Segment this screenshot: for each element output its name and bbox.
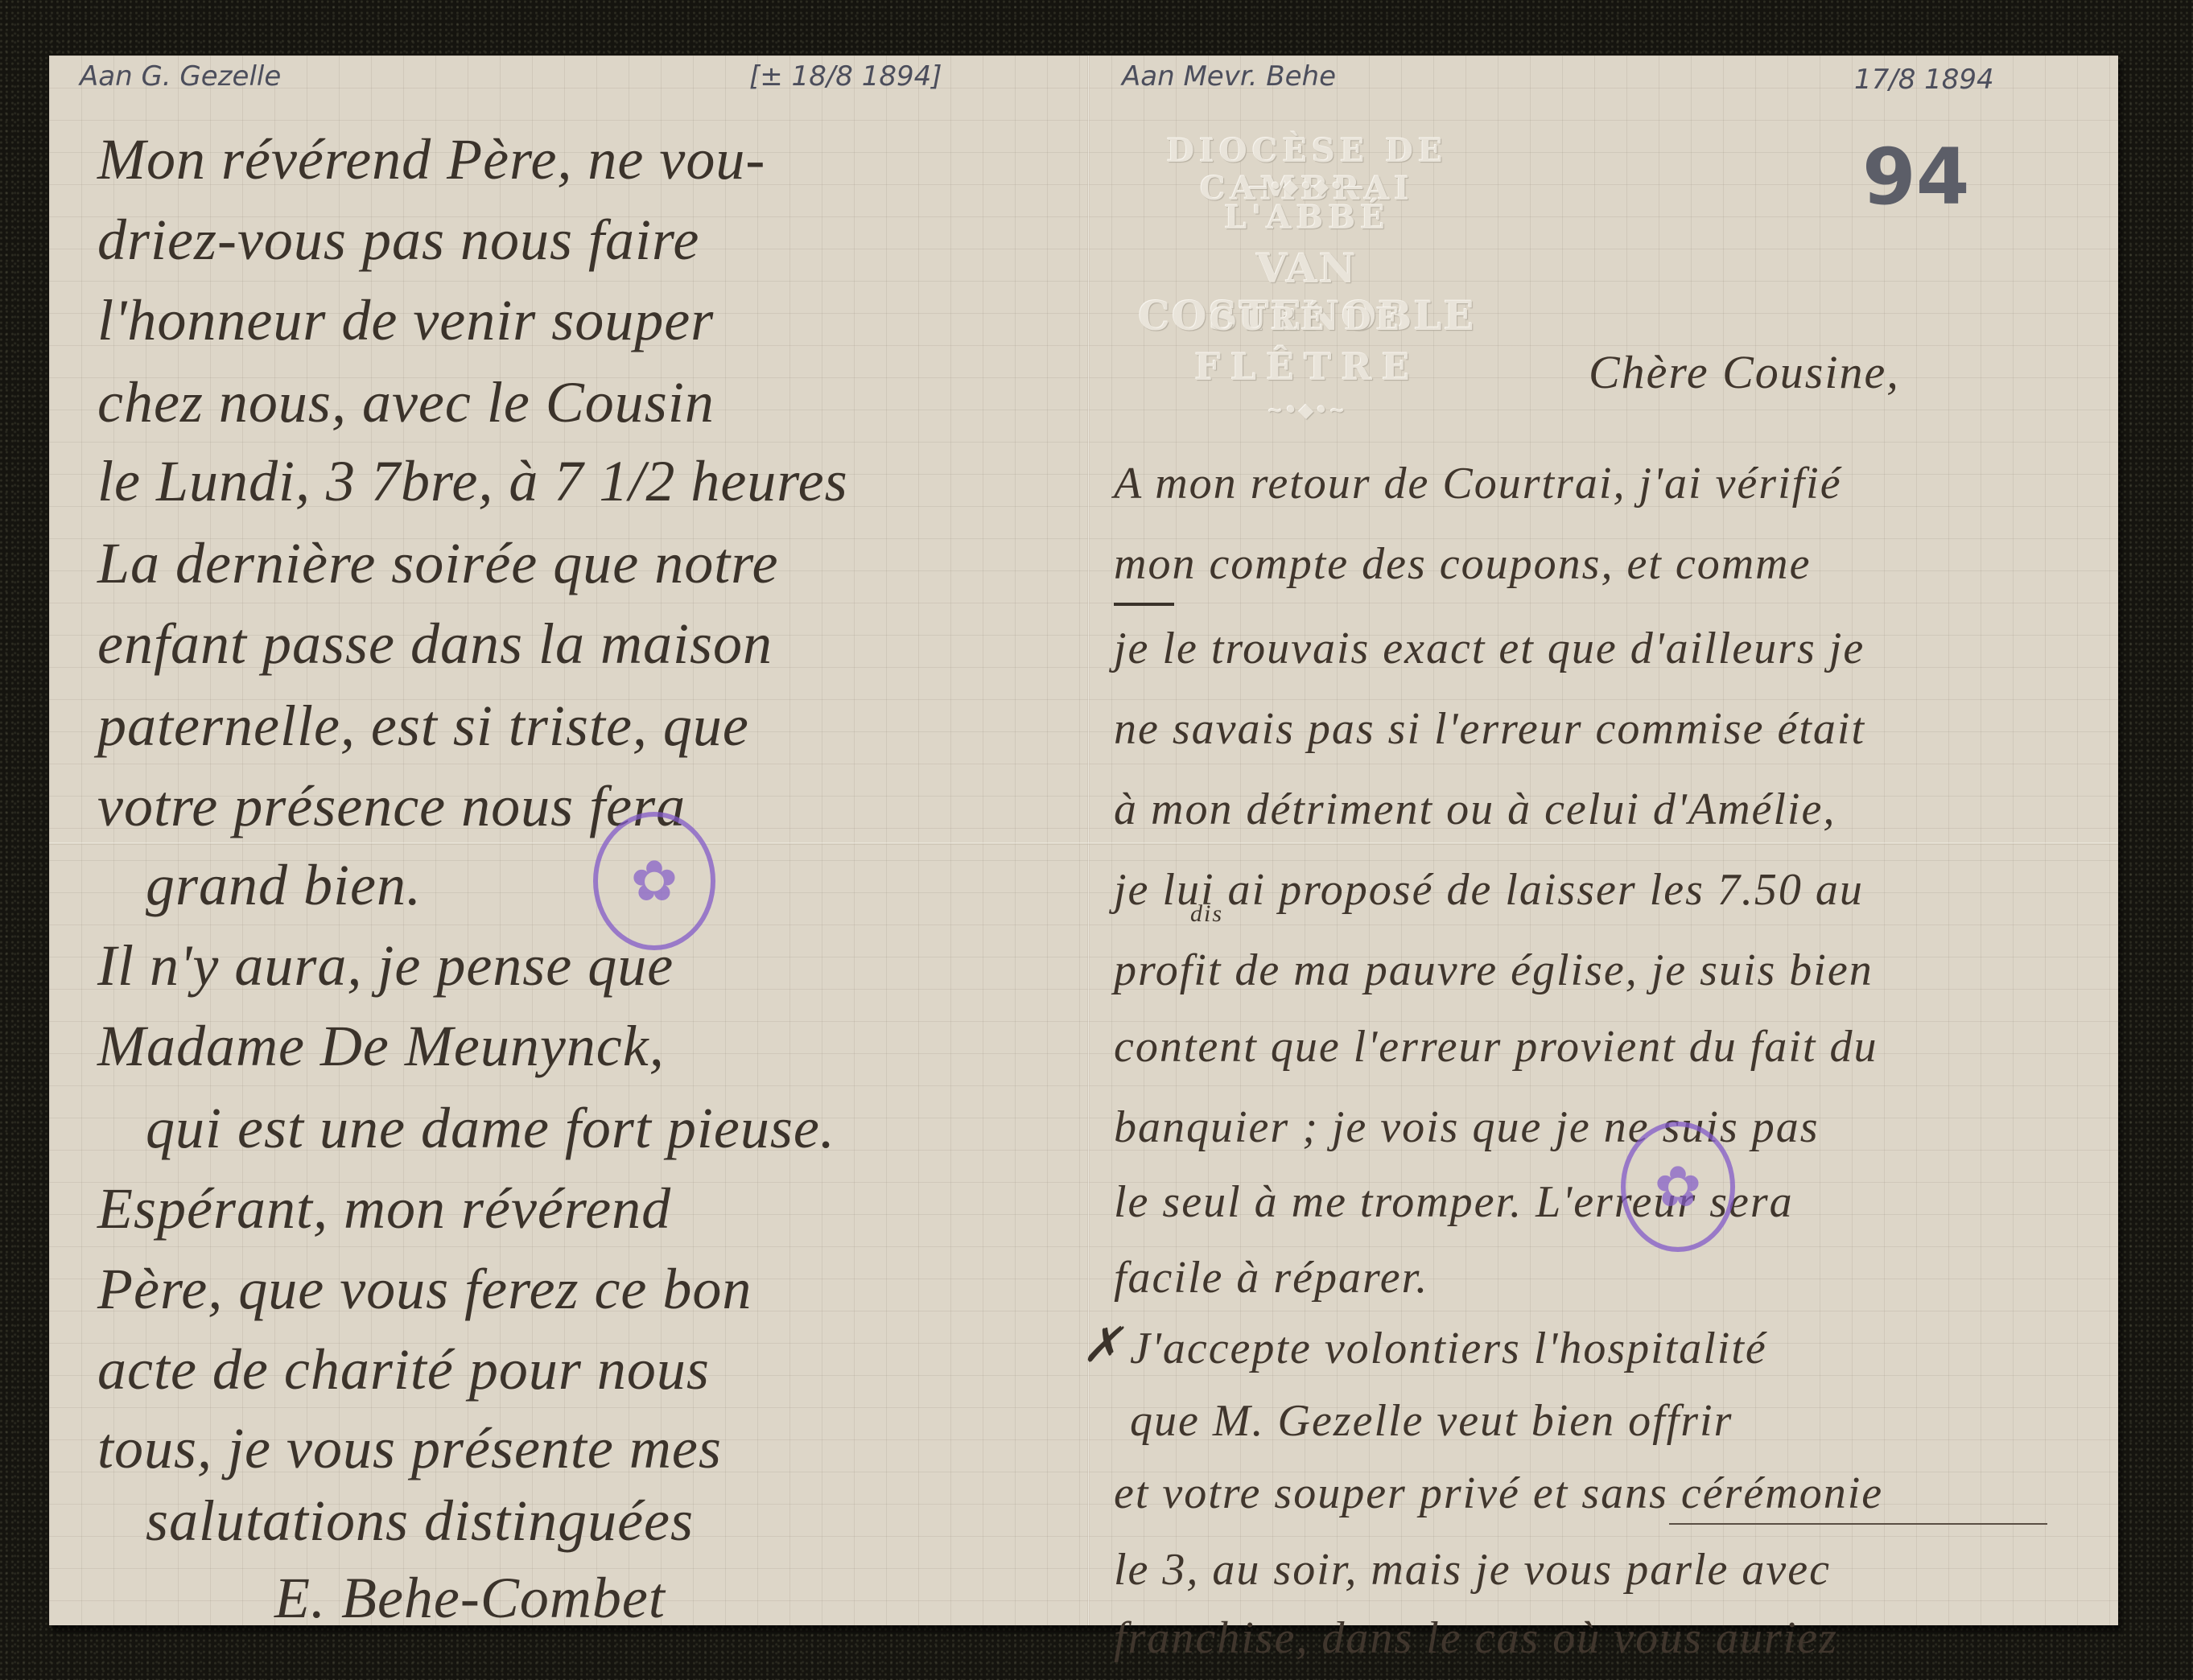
margin-cross-mark: ✗ [1082,1317,1122,1373]
letter-line: que M. Gezelle veut bien offrir [1130,1395,1733,1447]
right-page: Aan Mevr. Behe 17/8 1894 94 DIOCÈSE DE C… [1090,56,2118,1625]
letter-line: Mon révérend Père, ne vou- [97,126,765,193]
letter-line: salutations distinguées [146,1488,694,1554]
letter-line: le 3, au soir, mais je vous parle avec [1114,1544,1831,1596]
left-page: Aan G. Gezelle [± 18/8 1894] Mon révéren… [49,56,1087,1625]
letter-sheet: Aan G. Gezelle [± 18/8 1894] Mon révéren… [49,56,2118,1625]
letter-line: ne savais pas si l'erreur commise était [1114,703,1865,755]
letter-line: grand bien. [146,852,422,919]
letter-line: je le trouvais exact et que d'ailleurs j… [1114,623,1865,674]
letterhead-ornament: —•◆•◆•— [1082,175,1532,198]
letter-line: acte de charité pour nous [97,1336,710,1403]
letter-line: et votre souper privé et sans cérémonie [1114,1468,1883,1519]
letter-line: content que l'erreur provient du fait du [1114,1021,1878,1073]
archive-stamp-icon: ✿ [593,812,715,950]
letter-line: Espérant, mon révérend [97,1176,671,1242]
letter-line: à mon détriment ou à celui d'Amélie, [1114,784,1836,835]
archival-date-note: [± 18/8 1894] [749,60,942,93]
salutation: Chère Cousine, [1589,345,1900,399]
letter-line: Madame De Meunynck, [97,1013,665,1080]
letter-line: enfant passe dans la maison [97,611,773,677]
archival-recipient-note: Aan Mevr. Behe [1122,60,1336,93]
underline-mon [1114,603,1174,606]
letter-line: je lui ai proposé de laisser les 7.50 au [1114,864,1864,916]
signature: E. Behe-Combet [274,1565,666,1632]
letter-line: chez nous, avec le Cousin [97,369,715,436]
underline-sans-ceremonie [1669,1523,2047,1525]
letter-line: A mon retour de Courtrai, j'ai vérifié [1114,458,1842,509]
letterhead-parish: FLÊTRE [1082,345,1532,389]
letter-line: driez-vous pas nous faire [97,207,699,274]
archive-stamp-icon: ✿ [1621,1122,1735,1252]
letterhead-role: CURÉ DE [1082,301,1532,337]
letter-line: votre présence nous fera [97,773,686,840]
letter-line: Il n'y aura, je pense que [97,933,674,999]
letter-line: mon compte des coupons, et comme [1114,538,1811,590]
letter-line: l'honneur de venir souper [97,287,714,354]
letter-line: franchise, dans le cas où vous auriez [1114,1612,1838,1664]
letter-line: le Lundi, 3 7bre, à 7 1/2 heures [97,448,848,515]
letter-line: profit de ma pauvre église, je suis bien [1114,945,1874,996]
letter-line: La dernière soirée que notre [97,530,779,597]
letterhead-title: L'ABBÉ [1082,199,1532,237]
archival-recipient-note: Aan G. Gezelle [80,60,281,93]
letter-line: tous, je vous présente mes [97,1415,722,1482]
letter-line: facile à réparer. [1114,1252,1428,1303]
correction-insert: dis [1190,900,1223,928]
letter-line: paternelle, est si triste, que [97,693,749,760]
letter-line: Père, que vous ferez ce bon [97,1256,752,1323]
archival-date-note: 17/8 1894 [1854,64,1994,96]
letterhead-ornament-bottom: ~•◆•~ [1082,398,1532,422]
letter-line: J'accepte volontiers l'hospitalité [1130,1323,1767,1374]
letter-line: qui est une dame fort pieuse. [146,1095,835,1162]
archival-number: 94 [1862,132,1970,222]
